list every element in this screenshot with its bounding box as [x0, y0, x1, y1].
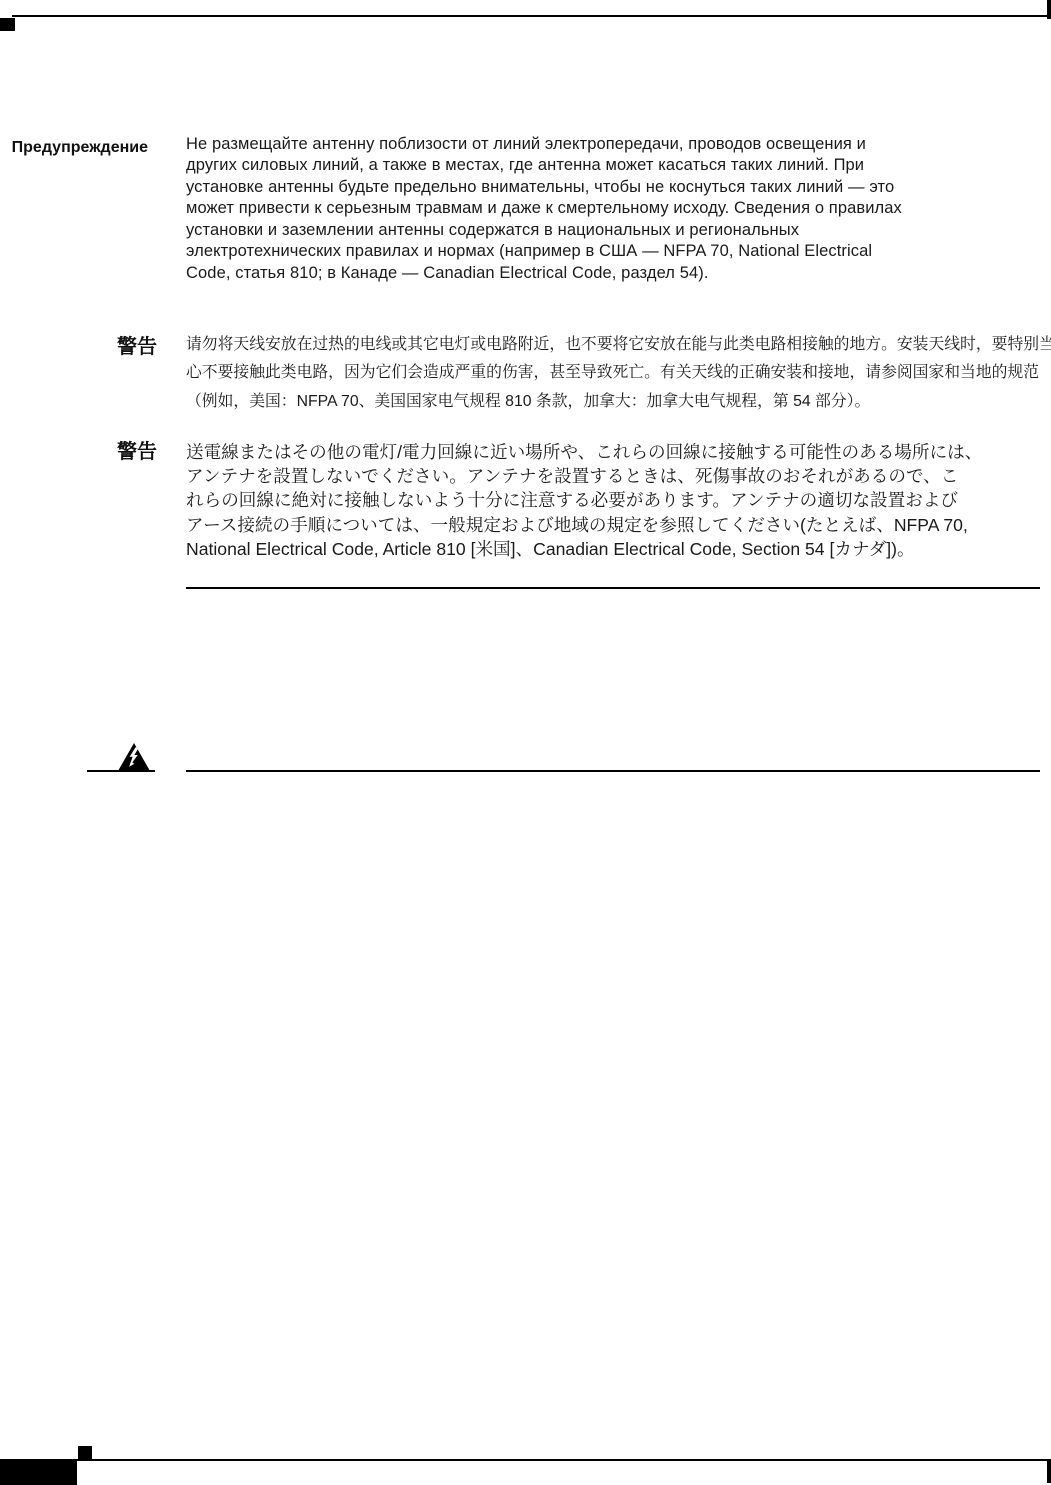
warning-line: может привести к серьезным травмам и даж… — [186, 198, 902, 219]
warning-line: Code, статья 810; в Канаде — Canadian El… — [186, 263, 902, 284]
warning-line: アンテナを設置しないでください。アンテナを設置するときは、死傷事故のおそれがある… — [186, 464, 982, 488]
warning-line: れらの回線に絶対に接触しないよう十分に注意する必要があります。アンテナの適切な設… — [186, 488, 982, 512]
warning-line: 送電線またはその他の電灯/電力回線に近い場所や、これらの回線に接触する可能性のあ… — [186, 440, 982, 464]
warning-line: National Electrical Code, Article 810 [米… — [186, 537, 982, 561]
warning-label-chinese: 警告 — [0, 336, 157, 358]
header-corner-tick — [1047, 0, 1051, 19]
footer-small-square — [78, 1446, 92, 1459]
header-left-square — [0, 18, 15, 31]
warning-label-russian: Предупреждение — [0, 139, 148, 157]
warning-text-russian: Не размещайте антенну поблизости от лини… — [186, 134, 902, 284]
warning-label-japanese: 警告 — [0, 441, 157, 463]
warning-line: （例如，美国：NFPA 70、美国国家电气规程 810 条款，加拿大：加拿大电气… — [186, 388, 1051, 416]
warning-line: 请勿将天线安放在过热的电线或其它电灯或电路附近，也不要将它安放在能与此类电路相接… — [186, 331, 1051, 359]
warning-line: других силовых линий, а также в местах, … — [186, 155, 902, 176]
warning-text-chinese: 请勿将天线安放在过热的电线或其它电灯或电路附近，也不要将它安放在能与此类电路相接… — [186, 331, 1051, 416]
warning-line: Не размещайте антенну поблизости от лини… — [186, 134, 902, 155]
warning-line: установки и заземлении антенны содержатс… — [186, 220, 902, 241]
footer-left-block — [0, 1459, 77, 1485]
section-divider-rule — [186, 587, 1040, 589]
warning-line: установке антенны будьте предельно внима… — [186, 177, 902, 198]
header-rule — [12, 15, 1051, 17]
warning-body-rule — [186, 770, 1040, 772]
warning-text-japanese: 送電線またはその他の電灯/電力回線に近い場所や、これらの回線に接触する可能性のあ… — [186, 440, 982, 561]
warning-line: 心不要接触此类电路，因为它们会造成严重的伤害，甚至导致死亡。有关天线的正确安装和… — [186, 359, 1051, 387]
warning-triangle-icon — [118, 743, 150, 771]
warning-line: электротехнических правилах и нормах (на… — [186, 241, 902, 262]
footer-rule — [77, 1459, 1051, 1461]
footer-corner-tick — [1047, 1460, 1051, 1483]
warning-icon-rule — [87, 770, 155, 772]
warning-line: アース接続の手順については、一般規定および地域の規定を参照してください(たとえば… — [186, 513, 982, 537]
document-page: Предупреждение Не размещайте антенну поб… — [0, 0, 1051, 1485]
